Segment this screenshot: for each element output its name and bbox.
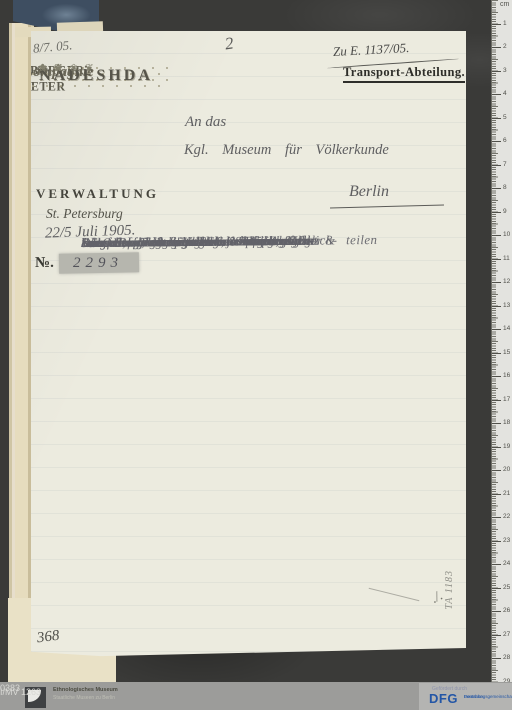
ruler-cm-label: 18 (503, 419, 510, 426)
ruler-cm-label: 14 (503, 325, 510, 332)
dfg-name-line2: Forschungsgemeinschaft (464, 694, 512, 700)
ruler-cm-label: 19 (503, 443, 510, 450)
ruler-cm-label: 13 (503, 302, 510, 309)
folio-number: 368 (36, 628, 60, 648)
ruler-cm-tick (492, 188, 501, 189)
address-city: Berlin (349, 183, 389, 201)
ruler-cm-tick (492, 141, 501, 142)
address-city-underline (330, 205, 444, 209)
letter-number-value: 2293 (73, 255, 123, 272)
ruler-cm-label: 6 (503, 137, 507, 144)
ruler-cm-label: 25 (503, 584, 510, 591)
flourish-ornament: ❦ ❀ ✿ ❀ ❦ (23, 63, 96, 74)
ruler-cm-label: 2 (503, 43, 507, 50)
address-recipient: Kgl. Museum für Völkerkunde (184, 142, 389, 159)
ruler-cm-tick (492, 329, 501, 330)
ruler-cm-tick (492, 494, 501, 495)
dfg-abbreviation: DFG (429, 691, 458, 706)
handwriting-line: einen normalen Verkehr nach (81, 229, 276, 254)
ruler-cm-label: 28 (503, 654, 510, 661)
ruler-cm-tick (492, 24, 501, 25)
page-number: 2 (224, 34, 235, 55)
ruler-cm-label: 27 (503, 631, 510, 638)
ruler-cm-label: 3 (503, 67, 507, 74)
ruler-cm-tick (492, 541, 501, 542)
ruler-cm-tick (492, 588, 501, 589)
ruler-cm-label: 17 (503, 396, 510, 403)
address-salutation: An das (185, 114, 226, 131)
ruler-cm-tick (492, 282, 501, 283)
vertical-archive-reference: TA 1183 (444, 570, 455, 610)
measure-ruler: cm 1234567891011121314151617181920212223… (491, 0, 512, 682)
ruler-cm-label: 20 (503, 466, 510, 473)
ruler-cm-tick (492, 470, 501, 471)
ruler-cm-tick (492, 353, 501, 354)
ruler-cm-tick (492, 376, 501, 377)
letter-body-handwriting: Wir empfingen Ihrw/. Schreiben v. 24. Ju… (81, 227, 473, 231)
department-stamp: Transport-Abteilung. (343, 65, 465, 83)
ruler-cm-label: 15 (503, 349, 510, 356)
ruler-cm-label: 16 (503, 372, 510, 379)
ruler-cm-label: 10 (503, 231, 510, 238)
ruler-cm-label: 8 (503, 184, 507, 191)
ruler-cm-label: 21 (503, 490, 510, 497)
ruler-cm-label: 22 (503, 513, 510, 520)
number-label: №. (35, 255, 54, 272)
ruler-cm-label: 23 (503, 537, 510, 544)
ruler-cm-tick (492, 423, 501, 424)
ruler-cm-tick (492, 564, 501, 565)
place-printed: St. Petersburg (46, 206, 123, 222)
ruler-cm-label: 11 (503, 255, 510, 262)
ruler-cm-tick (492, 306, 501, 307)
ruler-cm-tick (492, 94, 501, 95)
ruler-cm-label: 1 (503, 20, 507, 27)
ruler-cm-tick (492, 400, 501, 401)
ruler-cm-label: 24 (503, 560, 510, 567)
ruler-cm-label: 9 (503, 208, 507, 215)
ruler-cm-tick (492, 165, 501, 166)
ruler-cm-tick (492, 658, 501, 659)
ruler-cm-tick (492, 447, 501, 448)
album-page-edges (9, 23, 34, 682)
ruler-cm-label: 7 (503, 161, 507, 168)
museum-institution: Staatliche Museen zu Berlin (53, 695, 115, 701)
ruler-cm-tick (492, 635, 501, 636)
ruler-cm-tick (492, 517, 501, 518)
ruler-cm-label: 26 (503, 607, 510, 614)
ruler-cm-tick (492, 118, 501, 119)
ruler-cm-label: 4 (503, 90, 507, 97)
ruler-cm-tick (492, 235, 501, 236)
ruler-cm-tick (492, 71, 501, 72)
museum-name: Ethnologisches Museum (53, 687, 118, 693)
ruler-halfcm-ticks (492, 0, 498, 682)
ruler-cm-label: 12 (503, 278, 510, 285)
ruler-cm-tick (492, 47, 501, 48)
image-number: 0383 (0, 683, 20, 693)
administration-label: VERWALTUNG (36, 186, 159, 202)
ruler-cm-tick (492, 212, 501, 213)
archive-footer-bar: Ethnologisches Museum Staatliche Museen … (0, 682, 512, 710)
letter-page: 8/7. 05. 2 Zu E. 1137/05. Transport-Abte… (31, 31, 466, 658)
pencil-date-note: 8/7. 05. (32, 37, 73, 56)
ruler-cm-label: 5 (503, 114, 507, 121)
ruler-unit-label: cm (500, 1, 509, 8)
archival-scan-photo: 8/7. 05. 2 Zu E. 1137/05. Transport-Abte… (0, 0, 512, 710)
ruler-cm-tick (492, 259, 501, 260)
file-reference-note: Zu E. 1137/05. (333, 40, 410, 60)
dfg-logo: Gefördert durch DFG Deutsche Forschungsg… (419, 683, 512, 710)
ruler-cm-tick (492, 611, 501, 612)
